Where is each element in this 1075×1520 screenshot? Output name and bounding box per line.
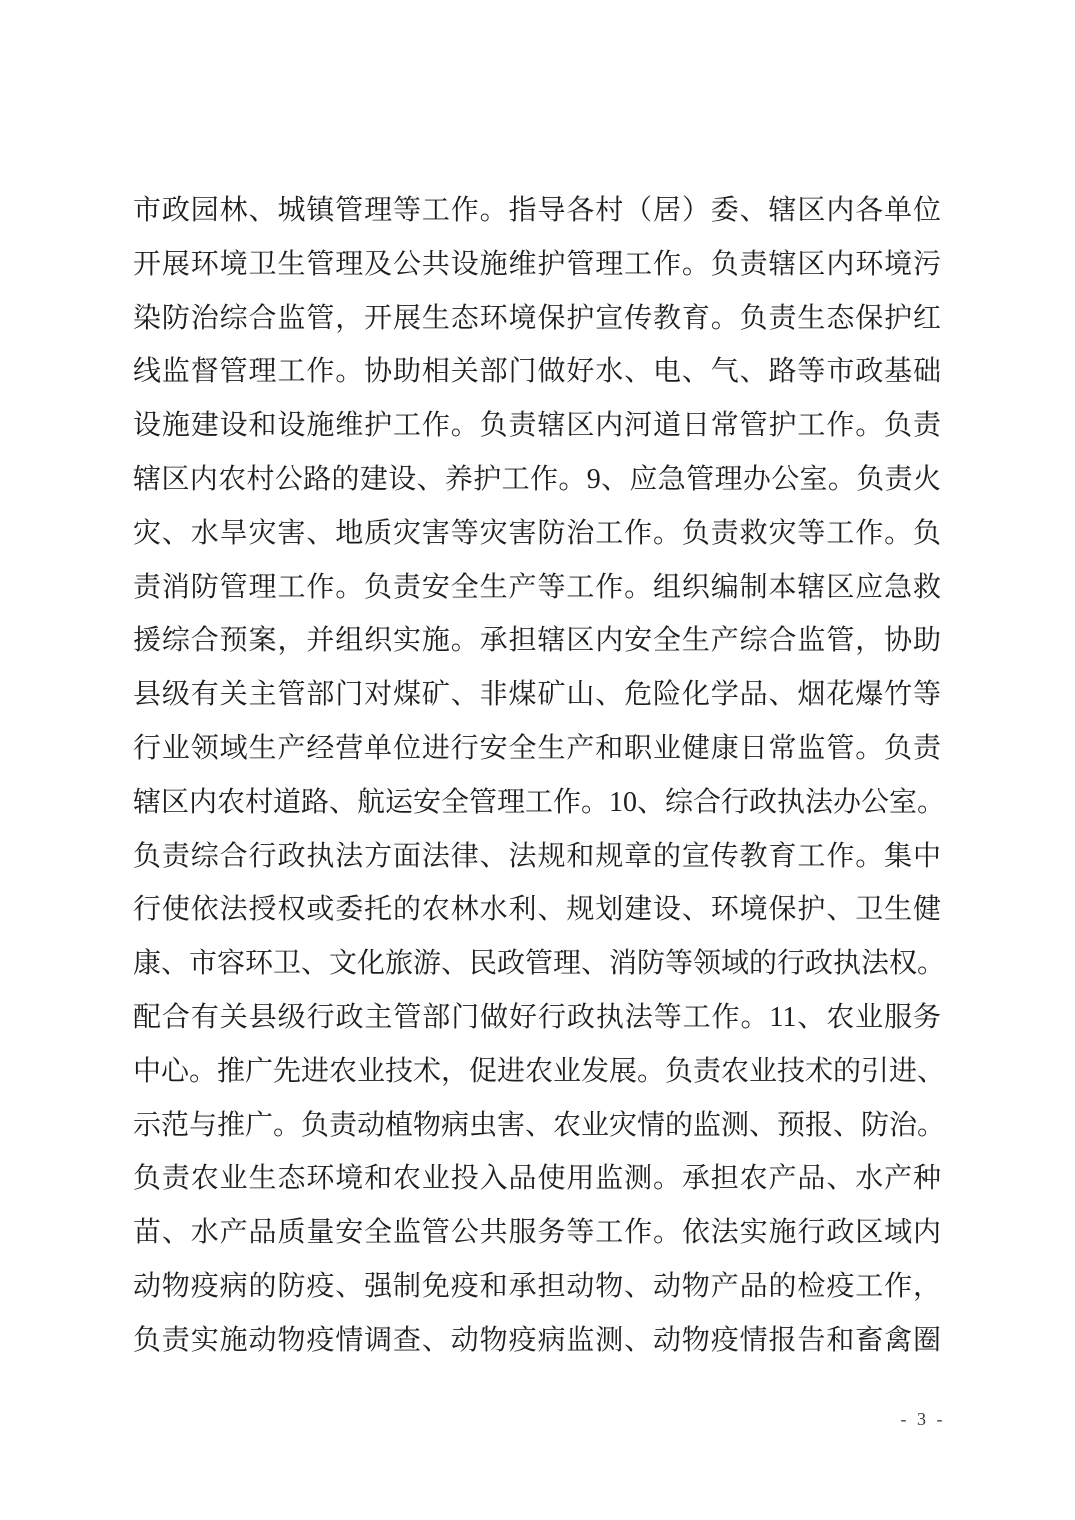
text-line: 责消防管理工作。负责安全生产等工作。组织编制本辖区应急救 [133,561,941,615]
text-line: 县级有关主管部门对煤矿、非煤矿山、危险化学品、烟花爆竹等 [133,668,941,722]
text-line: 染防治综合监管，开展生态环境保护宣传教育。负责生态保护红 [133,292,941,346]
text-line: 康、市容环卫、文化旅游、民政管理、消防等领域的行政执法权。 [133,937,941,991]
text-line: 辖区内农村道路、航运安全管理工作。10、综合行政执法办公室。 [133,776,941,830]
text-line: 市政园林、城镇管理等工作。指导各村（居）委、辖区内各单位 [133,184,941,238]
text-line: 动物疫病的防疫、强制免疫和承担动物、动物产品的检疫工作， [133,1260,941,1314]
document-page: 市政园林、城镇管理等工作。指导各村（居）委、辖区内各单位开展环境卫生管理及公共设… [0,0,1075,1520]
document-body: 市政园林、城镇管理等工作。指导各村（居）委、辖区内各单位开展环境卫生管理及公共设… [133,184,941,1368]
text-line: 灾、水旱灾害、地质灾害等灾害防治工作。负责救灾等工作。负 [133,507,941,561]
text-line: 行业领域生产经营单位进行安全生产和职业健康日常监管。负责 [133,722,941,776]
text-line: 开展环境卫生管理及公共设施维护管理工作。负责辖区内环境污 [133,238,941,292]
text-line: 行使依法授权或委托的农林水利、规划建设、环境保护、卫生健 [133,883,941,937]
text-line: 设施建设和设施维护工作。负责辖区内河道日常管护工作。负责 [133,399,941,453]
page-number: - 3 - [888,1408,958,1430]
text-line: 负责农业生态环境和农业投入品使用监测。承担农产品、水产种 [133,1152,941,1206]
text-line: 援综合预案，并组织实施。承担辖区内安全生产综合监管，协助 [133,614,941,668]
text-line: 苗、水产品质量安全监管公共服务等工作。依法实施行政区域内 [133,1206,941,1260]
text-line: 配合有关县级行政主管部门做好行政执法等工作。11、农业服务 [133,991,941,1045]
text-line: 负责综合行政执法方面法律、法规和规章的宣传教育工作。集中 [133,830,941,884]
text-line: 负责实施动物疫情调查、动物疫病监测、动物疫情报告和畜禽圈 [133,1314,941,1368]
text-line: 中心。推广先进农业技术，促进农业发展。负责农业技术的引进、 [133,1045,941,1099]
text-line: 示范与推广。负责动植物病虫害、农业灾情的监测、预报、防治。 [133,1099,941,1153]
text-line: 线监督管理工作。协助相关部门做好水、电、气、路等市政基础 [133,345,941,399]
text-line: 辖区内农村公路的建设、养护工作。9、应急管理办公室。负责火 [133,453,941,507]
